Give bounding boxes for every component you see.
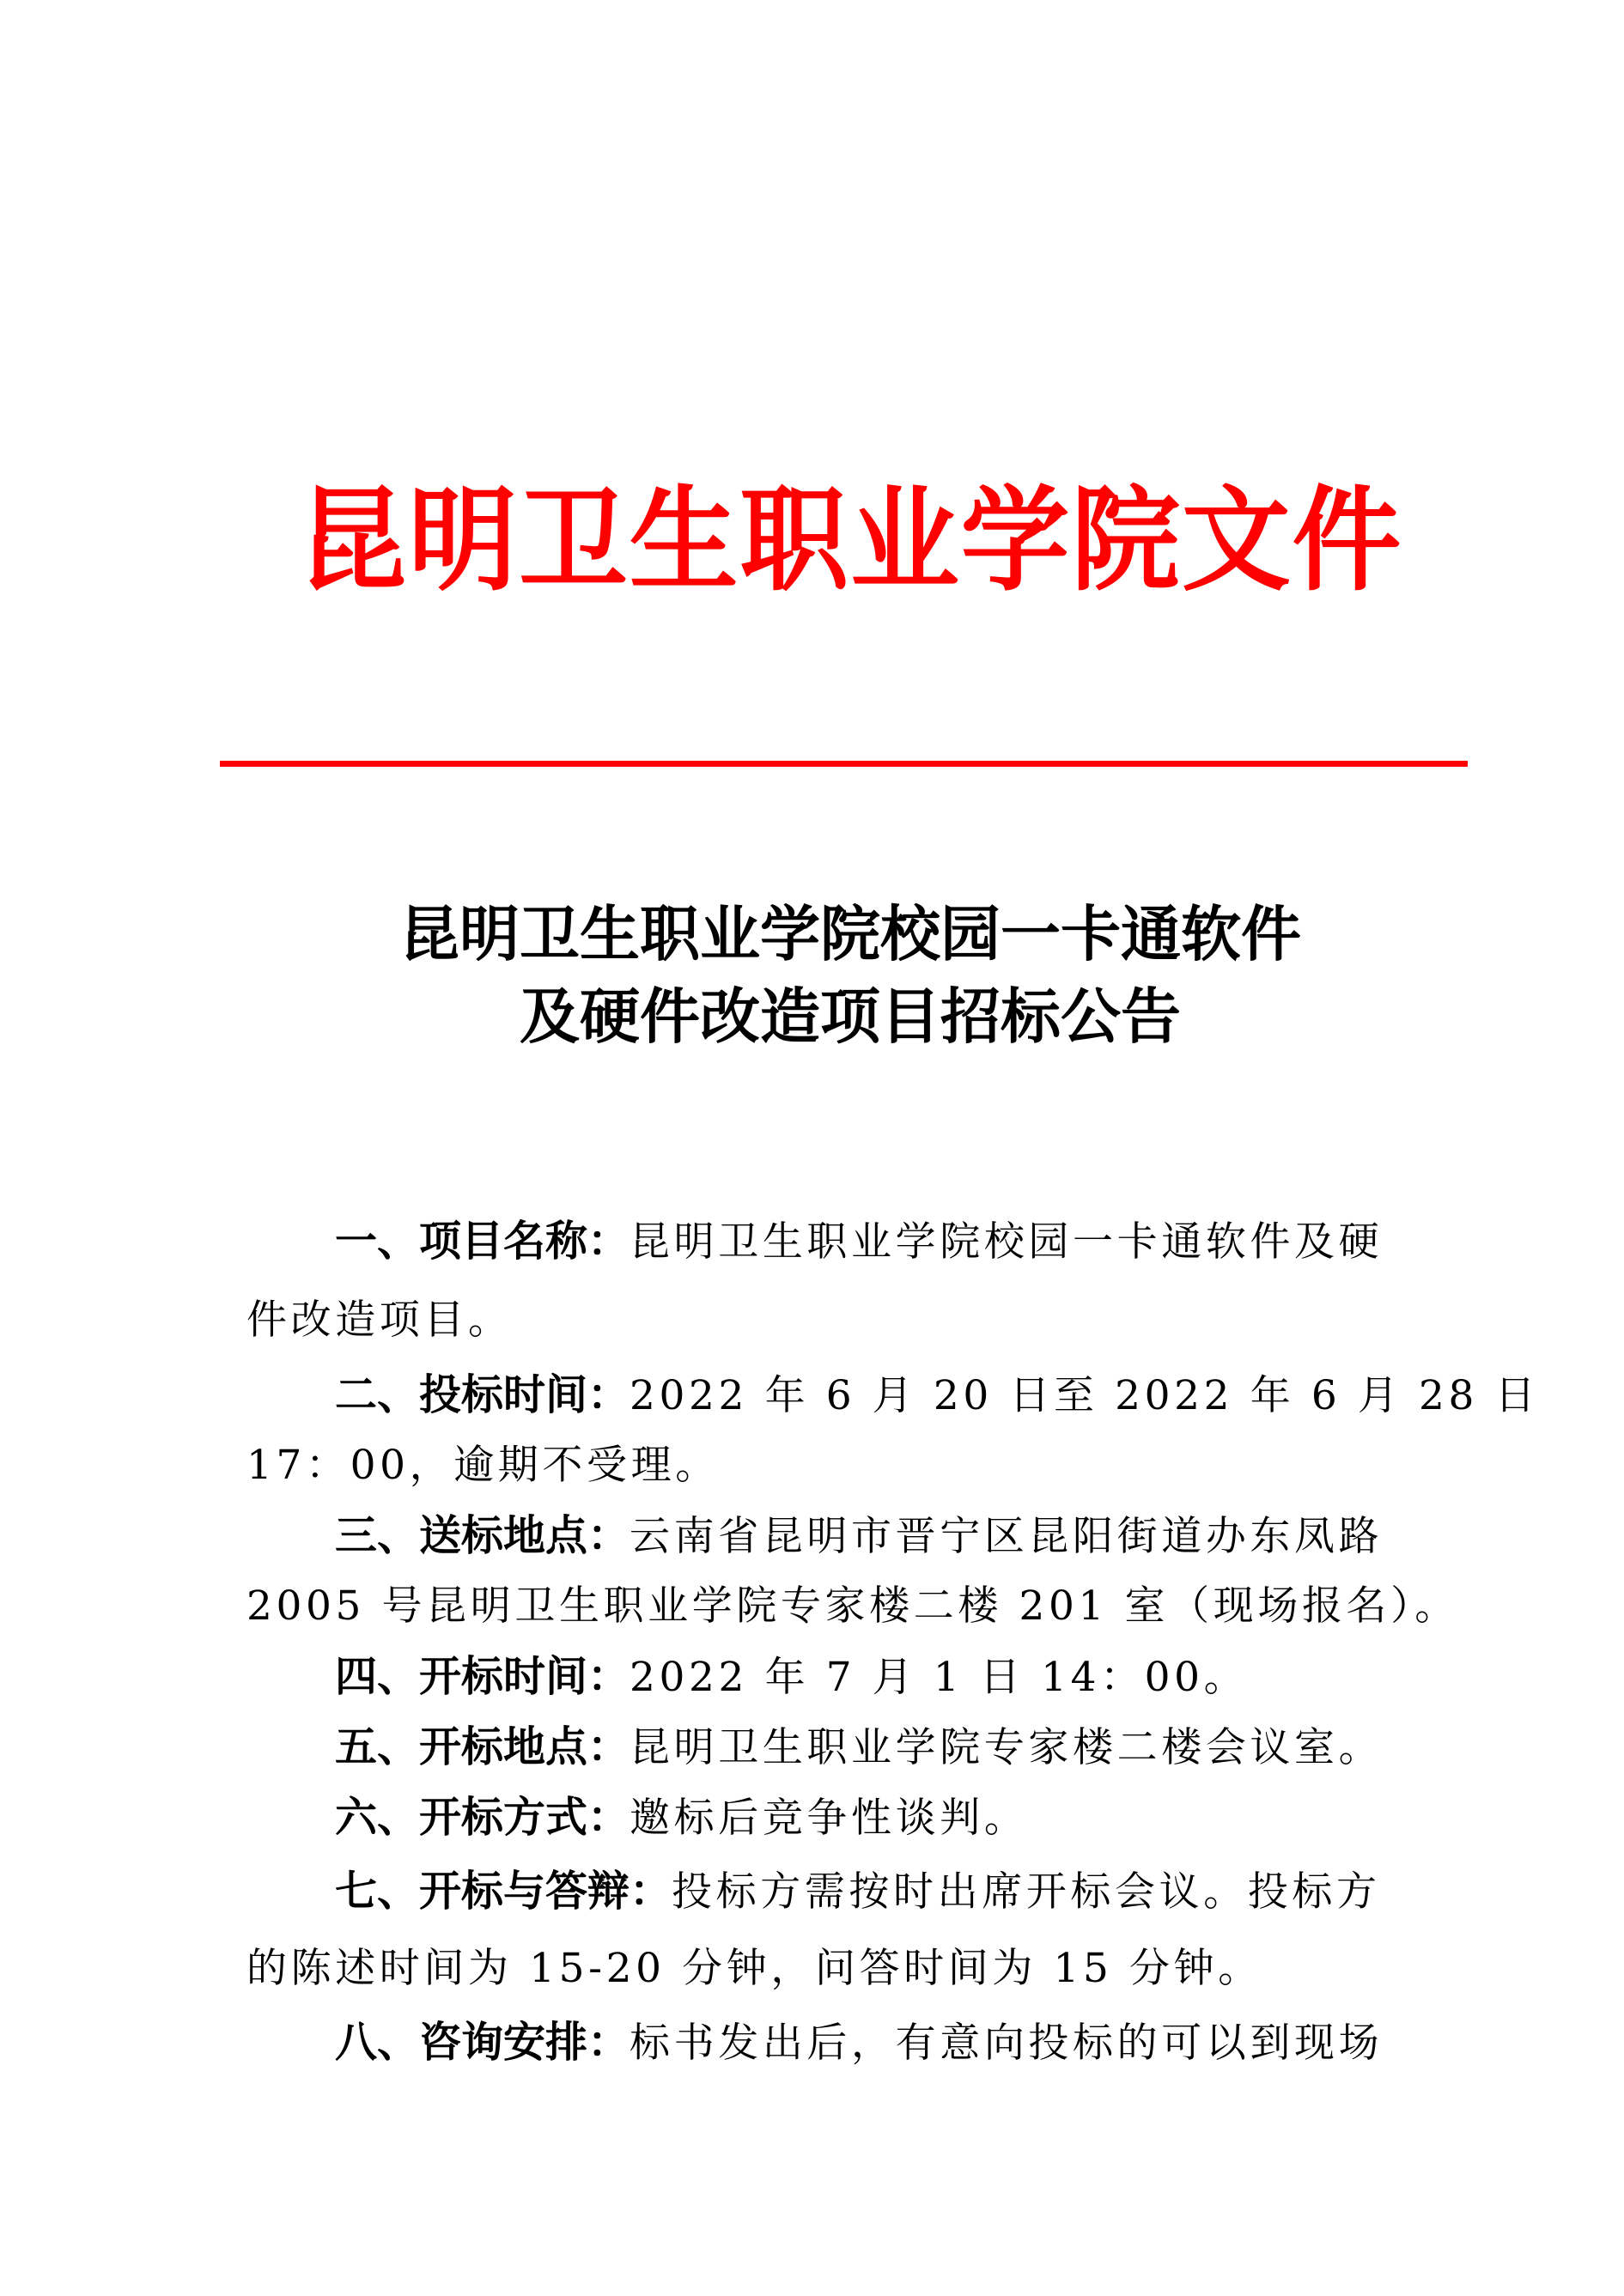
section-text: 2022 年 7 月 1 日 14：00。 [630, 1654, 1248, 1701]
section-text: 昆明卫生职业学院校园一卡通软件及硬 [630, 1218, 1383, 1266]
section-bid-time: 二、投标时间：2022 年 6 月 20 日至 2022 年 6 月 28 日 … [246, 1360, 1380, 1501]
section-label: 六、开标方式： [335, 1793, 630, 1842]
section-text-continued: 2005 号昆明卫生职业学院专家楼二楼 201 室（现场报名）。 [246, 1571, 1380, 1642]
section-label: 七、开标与答辩： [335, 1867, 672, 1916]
announcement-title-line-2: 及硬件改造项目招标公告 [258, 975, 1443, 1058]
section-text-continued: 17：00，逾期不受理。 [246, 1430, 1380, 1501]
section-text: 标书发出后，有意向投标的可以到现场 [630, 2020, 1383, 2067]
section-label: 一、项目名称： [335, 1217, 630, 1266]
section-text: 邀标后竞争性谈判。 [630, 1795, 1028, 1842]
section-label: 八、咨询安排： [335, 2018, 630, 2067]
section-bid-location: 三、送标地点：云南省昆明市晋宁区昆阳街道办东凤路 2005 号昆明卫生职业学院专… [246, 1501, 1380, 1642]
document-header-title: 昆明卫生职业学院文件 [273, 464, 1427, 618]
document-page: 昆明卫生职业学院文件 昆明卫生职业学院校园一卡通软件 及硬件改造项目招标公告 一… [0, 0, 1624, 2296]
announcement-title: 昆明卫生职业学院校园一卡通软件 及硬件改造项目招标公告 [258, 893, 1443, 1058]
section-text-continued: 件改造项目。 [246, 1281, 1380, 1360]
section-text-continued: 的陈述时间为 15-20 分钟，问答时间为 15 分钟。 [246, 1930, 1380, 2007]
section-consultation: 八、咨询安排：标书发出后，有意向投标的可以到现场 [246, 2007, 1380, 2078]
announcement-title-line-1: 昆明卫生职业学院校园一卡通软件 [258, 893, 1443, 975]
section-label: 三、送标地点： [335, 1511, 630, 1560]
section-text: 投标方需按时出席开标会议。投标方 [672, 1868, 1381, 1916]
section-label: 四、开标时间： [335, 1652, 630, 1701]
section-label: 二、投标时间： [335, 1370, 630, 1419]
section-opening-method: 六、开标方式：邀标后竞争性谈判。 [246, 1783, 1380, 1853]
section-text: 2022 年 6 月 20 日至 2022 年 6 月 28 日 [630, 1372, 1539, 1419]
section-label: 五、开标地点： [335, 1722, 630, 1771]
section-text: 云南省昆明市晋宁区昆阳街道办东凤路 [630, 1513, 1383, 1560]
section-text: 昆明卫生职业学院专家楼二楼会议室。 [630, 1724, 1383, 1771]
section-opening-defense: 七、开标与答辩：投标方需按时出席开标会议。投标方 的陈述时间为 15-20 分钟… [246, 1853, 1380, 2007]
announcement-body: 一、项目名称：昆明卫生职业学院校园一卡通软件及硬 件改造项目。 二、投标时间：2… [246, 1202, 1380, 2078]
section-opening-time: 四、开标时间：2022 年 7 月 1 日 14：00。 [246, 1642, 1380, 1712]
red-divider-rule [220, 761, 1468, 767]
section-project-name: 一、项目名称：昆明卫生职业学院校园一卡通软件及硬 件改造项目。 [246, 1202, 1380, 1360]
section-opening-location: 五、开标地点：昆明卫生职业学院专家楼二楼会议室。 [246, 1712, 1380, 1783]
